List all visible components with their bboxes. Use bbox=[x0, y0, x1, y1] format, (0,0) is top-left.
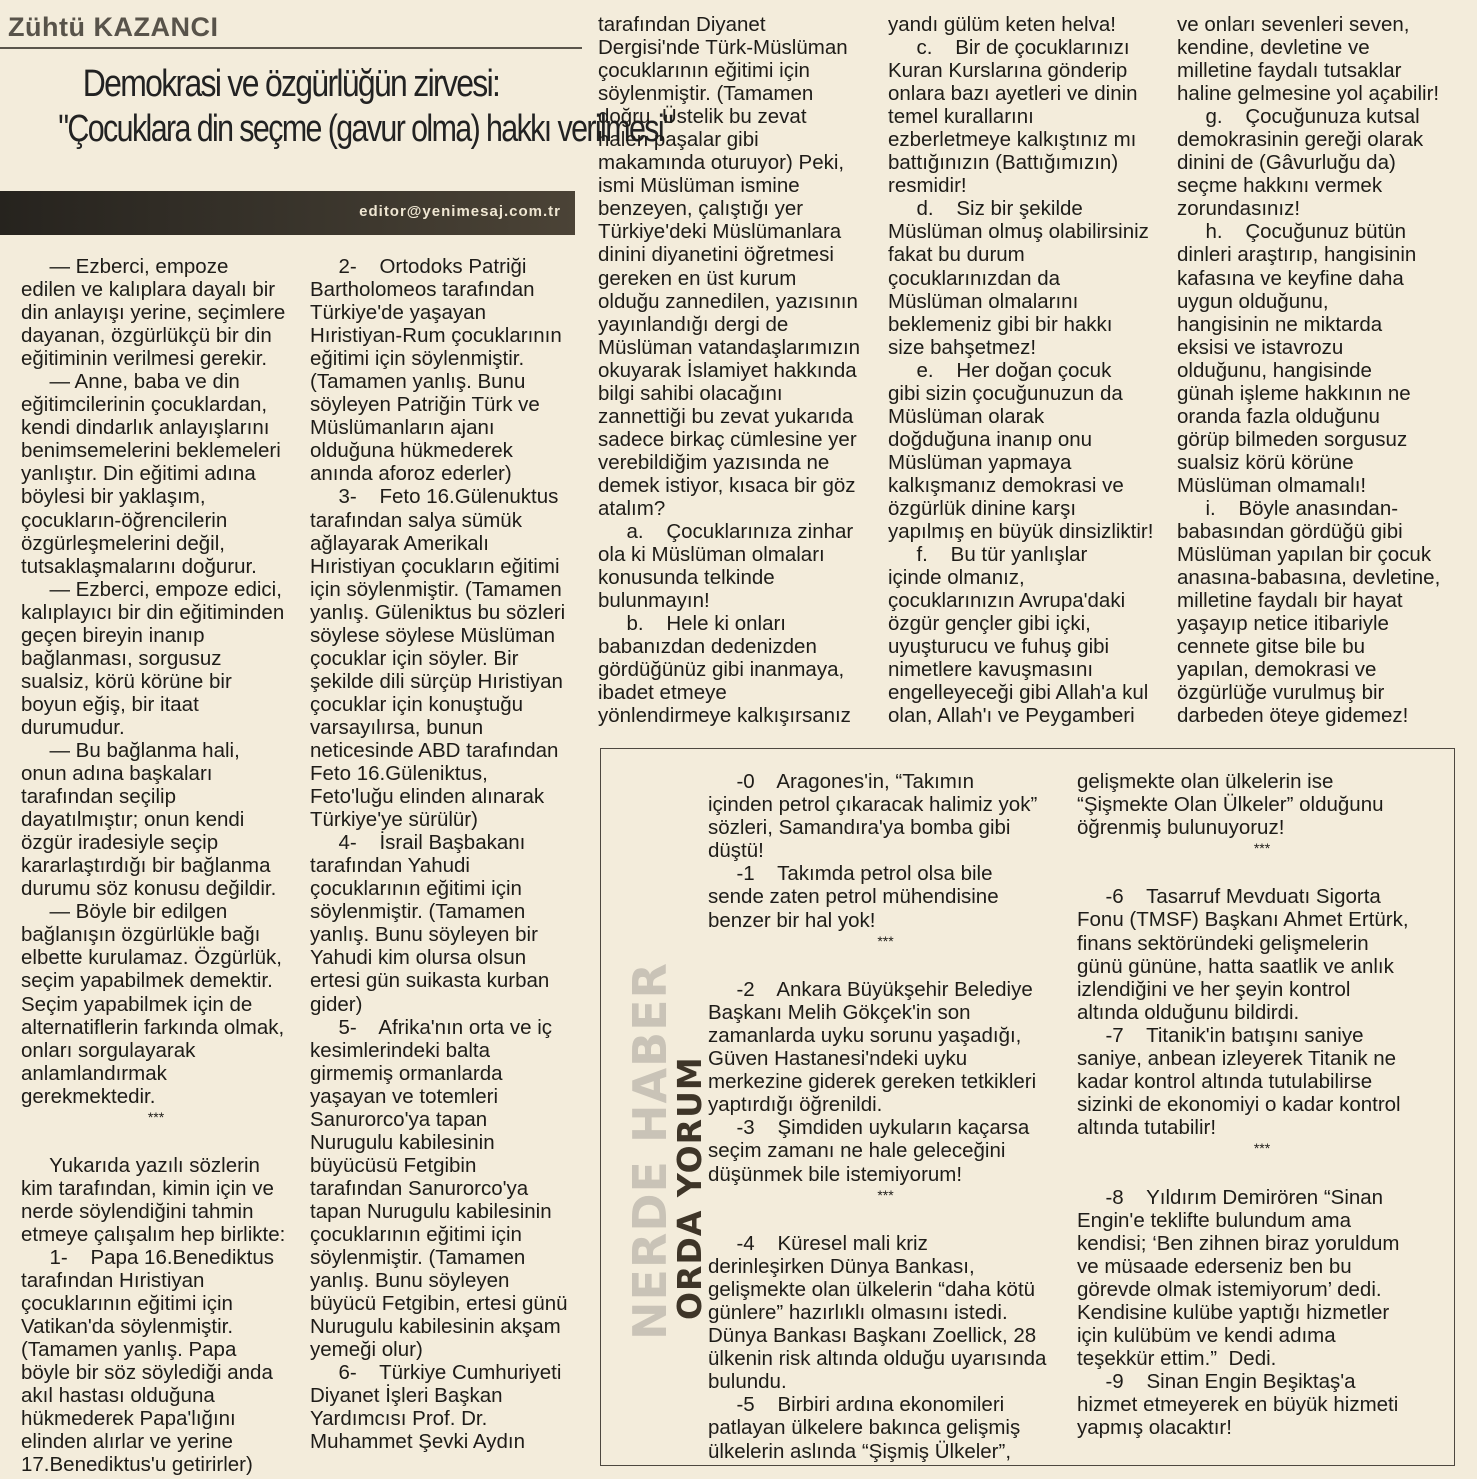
text-line: yaşayan ve totemleri bbox=[310, 1085, 580, 1108]
text-line: düşünmek bile istemiyorum! bbox=[708, 1163, 1063, 1186]
text-line: kalkışmanız demokrasi ve bbox=[888, 474, 1163, 497]
text-line: sualsiz, körü körüne bir bbox=[21, 670, 291, 693]
text-line: Kuran Kurslarına gönderip bbox=[888, 59, 1163, 82]
text-line: gelişmekte olan ülkelerin “daha kötü bbox=[708, 1278, 1063, 1301]
text-line: yemeği olur) bbox=[310, 1338, 580, 1361]
text-line: söylese söylese Müslüman bbox=[310, 624, 580, 647]
text-line: engelleyeceği gibi Allah'a kul bbox=[888, 681, 1163, 704]
text-line: resmidir! bbox=[888, 174, 1163, 197]
text-line: sadece birkaç cümlesine yer bbox=[598, 428, 873, 451]
text-line: benzer bir hal yok! bbox=[708, 909, 1063, 932]
text-line: elinden alırlar ve yerine bbox=[21, 1430, 291, 1453]
text-line: eğitimcilerinin çocuklardan, bbox=[21, 393, 291, 416]
text-line: tarafından seçilip bbox=[21, 785, 291, 808]
text-line: özgürlüğe vurulmuş bir bbox=[1177, 681, 1467, 704]
text-line: dayanan, özgürlükçü bir din bbox=[21, 324, 291, 347]
text-line: -1 Takımda petrol olsa bile bbox=[708, 862, 1063, 885]
text-line: Kendisine kulübe yaptığı hizmetler bbox=[1077, 1301, 1447, 1324]
box-column-1: -0 Aragones'in, “Takımıniçinden petrol ç… bbox=[708, 770, 1063, 1463]
text-line: tarafından Diyanet bbox=[598, 13, 873, 36]
text-line: Feto 16.Güleniktus, bbox=[310, 762, 580, 785]
text-line: izlendiğini ve her şeyin kontrol bbox=[1077, 978, 1447, 1001]
text-line: merkezine giderek gereken tetkikleri bbox=[708, 1070, 1063, 1093]
text-line: gibi sizin çocuğunuzun da bbox=[888, 382, 1163, 405]
label-nerde-haber: NERDE HABER bbox=[623, 962, 677, 1340]
text-line: yaptırdığı öğrenildi. bbox=[708, 1093, 1063, 1116]
text-line: böylesi bir yaklaşım, bbox=[21, 485, 291, 508]
text-line: içinde olmanız, bbox=[888, 566, 1163, 589]
text-line: 2- Ortodoks Patriği bbox=[310, 255, 580, 278]
text-line: yanlış. Bunu söyleyen bbox=[310, 1269, 580, 1292]
text-line: ola ki Müslüman olmaları bbox=[598, 543, 873, 566]
text-line bbox=[21, 1131, 291, 1154]
text-line: Güven Hastanesi'ndeki uyku bbox=[708, 1047, 1063, 1070]
text-line: Yardımcısı Prof. Dr. bbox=[310, 1407, 580, 1430]
text-line: gider) bbox=[310, 993, 580, 1016]
text-line: -2 Ankara Büyükşehir Belediye bbox=[708, 978, 1063, 1001]
text-line: (Tamamen yanlış. Bunu bbox=[310, 370, 580, 393]
text-line: sizinki de ekonomiyi o kadar kontrol bbox=[1077, 1093, 1447, 1116]
text-line: Fonu (TMSF) Başkanı Ahmet Ertürk, bbox=[1077, 908, 1447, 931]
text-line: özgürleşmelerini değil, bbox=[21, 532, 291, 555]
text-line: saniye, anbean izleyerek Titanik ne bbox=[1077, 1047, 1447, 1070]
text-line: -5 Birbiri ardına ekonomileri bbox=[708, 1393, 1063, 1416]
article-column-4: yandı gülüm keten helva! c. Bir de çocuk… bbox=[888, 13, 1163, 727]
text-line: 6- Türkiye Cumhuriyeti bbox=[310, 1361, 580, 1384]
text-line: yapılan, demokrasi ve bbox=[1177, 658, 1467, 681]
text-line: demokrasinin gereği olarak bbox=[1177, 128, 1467, 151]
headline-line-2: "Çocuklara din seçme (gavur olma) hakkı … bbox=[58, 106, 524, 152]
text-line: gereken en üst kurum bbox=[598, 267, 873, 290]
text-line: temel kurallarını bbox=[888, 105, 1163, 128]
text-line: bağlanması, sorgusuz bbox=[21, 647, 291, 670]
text-line: nimetlere kavuşmasını bbox=[888, 658, 1163, 681]
text-line: özgürlük dinine karşı bbox=[888, 497, 1163, 520]
text-line: etmeye çalışalım hep birlikte: bbox=[21, 1223, 291, 1246]
text-line: demek istiyor, kısaca bir göz bbox=[598, 474, 873, 497]
text-line: Nurugulu kabilesinin akşam bbox=[310, 1315, 580, 1338]
text-line: sualsiz körü körüne bbox=[1177, 451, 1467, 474]
text-line: ismi Müslüman ismine bbox=[598, 174, 873, 197]
text-line: e. Her doğan çocuk bbox=[888, 359, 1163, 382]
text-line: — Ezberci, empoze bbox=[21, 255, 291, 278]
text-line: olan, Allah'ı ve Peygamberi bbox=[888, 704, 1163, 727]
text-line: Müslüman yapılan bir çocuk bbox=[1177, 543, 1467, 566]
text-line: Nurugulu kabilesinin bbox=[310, 1131, 580, 1154]
text-line: gerekmektedir. bbox=[21, 1085, 291, 1108]
text-line: -6 Tasarruf Mevduatı Sigorta bbox=[1077, 885, 1447, 908]
text-line: tarafından Hıristiyan bbox=[21, 1269, 291, 1292]
text-line: Türkiye'de yaşayan bbox=[310, 301, 580, 324]
text-line: milletine faydalı bir hayat bbox=[1177, 589, 1467, 612]
text-line: kalıplayıcı bir din eğitiminden bbox=[21, 601, 291, 624]
text-line: yapılmış en büyük dinsizliktir! bbox=[888, 520, 1163, 543]
text-line: ağlayarak Amerikalı bbox=[310, 532, 580, 555]
text-line: tarafından Sanurorco'ya bbox=[310, 1177, 580, 1200]
article-column-2: 2- Ortodoks PatriğiBartholomeos tarafınd… bbox=[310, 255, 580, 1453]
text-line: görüp bilmeden sorgusuz bbox=[1177, 428, 1467, 451]
section-separator: *** bbox=[708, 932, 1063, 955]
text-line: büyücü Fetgibin, ertesi günü bbox=[310, 1292, 580, 1315]
text-line: halen paşalar gibi bbox=[598, 128, 873, 151]
text-line: c. Bir de çocuklarınızı bbox=[888, 36, 1163, 59]
text-line: atalım? bbox=[598, 497, 873, 520]
headline-line-1: Demokrasi ve özgürlüğün zirvesi: bbox=[47, 62, 536, 106]
text-line: makamında oturuyor) Peki, bbox=[598, 151, 873, 174]
text-line: olduğuna hükmederek bbox=[310, 439, 580, 462]
text-line: zorundasınız! bbox=[1177, 197, 1467, 220]
text-line: neticesinde ABD tarafından bbox=[310, 739, 580, 762]
text-line: -0 Aragones'in, “Takımın bbox=[708, 770, 1063, 793]
text-line: bilgi sahibi olacağını bbox=[598, 382, 873, 405]
text-line: elbette kurulamaz. Özgürlük, bbox=[21, 946, 291, 969]
text-line: 3- Feto 16.Gülenuktus bbox=[310, 485, 580, 508]
text-line: akıl hastası olduğuna bbox=[21, 1384, 291, 1407]
text-line: çocuklarınızın Avrupa'daki bbox=[888, 589, 1163, 612]
text-line: patlayan ülkelere bakınca gelişmiş bbox=[708, 1416, 1063, 1439]
text-line: tarafından Yahudi bbox=[310, 854, 580, 877]
text-line: çocuklarının eğitimi için bbox=[310, 1223, 580, 1246]
text-line: d. Siz bir şekilde bbox=[888, 197, 1163, 220]
text-line bbox=[708, 1209, 1063, 1232]
text-line: büyücüsü Fetgibin bbox=[310, 1154, 580, 1177]
text-line: kendi dindarlık anlayışlarını bbox=[21, 416, 291, 439]
text-line: Dünya Bankası Başkanı Zoellick, 28 bbox=[708, 1324, 1063, 1347]
text-line: kendine, devletine ve bbox=[1177, 36, 1467, 59]
text-line: söylenmiştir. (Tamamen bbox=[310, 1246, 580, 1269]
text-line: dayatılmıştır; onun kendi bbox=[21, 808, 291, 831]
newspaper-page: Zühtü KAZANCI Demokrasi ve özgürlüğün zi… bbox=[0, 0, 1477, 1479]
text-line: çocuklar için söyler. Bir bbox=[310, 647, 580, 670]
text-line: g. Çocuğunuza kutsal bbox=[1177, 105, 1467, 128]
text-line: altında tutabilir! bbox=[1077, 1116, 1447, 1139]
text-line: -3 Şimdiden uykuların kaçarsa bbox=[708, 1116, 1063, 1139]
text-line: öğrenmiş bulunuyoruz! bbox=[1077, 816, 1447, 839]
text-line: durumudur. bbox=[21, 716, 291, 739]
box-column-2: gelişmekte olan ülkelerin ise“Şişmekte O… bbox=[1077, 770, 1447, 1440]
text-line: edilen ve kalıplara dayalı bir bbox=[21, 278, 291, 301]
text-line: olduğunu, hangisinde bbox=[1177, 359, 1467, 382]
text-line: Yukarıda yazılı sözlerin bbox=[21, 1154, 291, 1177]
section-separator: *** bbox=[1077, 1139, 1447, 1162]
text-line: uyuşturucu ve fuhuş gibi bbox=[888, 635, 1163, 658]
text-line: -7 Titanik'in batışını saniye bbox=[1077, 1024, 1447, 1047]
text-line: seçim zamanı ne hale geleceğini bbox=[708, 1139, 1063, 1162]
text-line: zannettiği bu zevat yukarıda bbox=[598, 405, 873, 428]
text-line: f. Bu tür yanlışlar bbox=[888, 543, 1163, 566]
text-line: Hıristiyan-Rum çocuklarının bbox=[310, 324, 580, 347]
text-line: -9 Sinan Engin Beşiktaş'a bbox=[1077, 1370, 1447, 1393]
text-line: Hıristiyan çocukların eğitimi bbox=[310, 555, 580, 578]
text-line: Müslüman vatandaşlarımızın bbox=[598, 336, 873, 359]
text-line: anasına-babasına, devletine, bbox=[1177, 566, 1467, 589]
text-line: söyleyen Patriğin Türk ve bbox=[310, 393, 580, 416]
text-line: b. Hele ki onları bbox=[598, 612, 873, 635]
text-line: Müslüman olmuş olabilirsiniz bbox=[888, 220, 1163, 243]
article-column-1: — Ezberci, empozeedilen ve kalıplara day… bbox=[21, 255, 291, 1476]
text-line: i. Böyle anasından- bbox=[1177, 497, 1467, 520]
text-line: bağlanışın özgürlükle bağı bbox=[21, 923, 291, 946]
text-line: Dergisi'nde Türk-Müslüman bbox=[598, 36, 873, 59]
text-line: Müslüman olmamalı! bbox=[1177, 474, 1467, 497]
article-headline: Demokrasi ve özgürlüğün zirvesi: "Çocukl… bbox=[0, 62, 582, 152]
text-line: çocuklarınızdan da bbox=[888, 267, 1163, 290]
text-line: dinini diyanetini öğretmesi bbox=[598, 243, 873, 266]
text-line: yapmış olacaktır! bbox=[1077, 1416, 1447, 1439]
text-line: çocuklarının eğitimi için bbox=[21, 1292, 291, 1315]
text-line: görevde olmak istemiyorum’ dedi. bbox=[1077, 1278, 1447, 1301]
text-line: ve müsaade ederseniz ben bu bbox=[1077, 1255, 1447, 1278]
email-bar: editor@yenimesaj.com.tr bbox=[0, 191, 575, 235]
text-line: finans sektöründeki gelişmelerin bbox=[1077, 932, 1447, 955]
text-line: kesimlerindeki balta bbox=[310, 1039, 580, 1062]
text-line: kendisi; ‘Ben zihnen biraz yoruldum bbox=[1077, 1232, 1447, 1255]
text-line: içinden petrol çıkaracak halimiz yok” bbox=[708, 793, 1063, 816]
text-line: milletine faydalı tutsaklar bbox=[1177, 59, 1467, 82]
text-line: Müslüman yapmaya bbox=[888, 451, 1163, 474]
text-line: boyun eğiş, bir itaat bbox=[21, 693, 291, 716]
text-line: varsayılırsa, bunun bbox=[310, 716, 580, 739]
text-line: dinleri araştırıp, hangisinin bbox=[1177, 243, 1467, 266]
section-separator: *** bbox=[708, 1186, 1063, 1209]
text-line: olduğu zannedilen, yazısının bbox=[598, 290, 873, 313]
text-line: düştü! bbox=[708, 839, 1063, 862]
text-line: çocuklarının eğitimi için bbox=[310, 877, 580, 900]
text-line: onları sorgulayarak bbox=[21, 1039, 291, 1062]
text-line: söylenmiştir. (Tamamen bbox=[598, 82, 873, 105]
text-line: durumu söz konusu değildir. bbox=[21, 877, 291, 900]
text-line: teşekkür ettim.” Dedi. bbox=[1077, 1347, 1447, 1370]
text-line bbox=[708, 955, 1063, 978]
section-separator: *** bbox=[21, 1108, 291, 1131]
text-line: -8 Yıldırım Demirören “Sinan bbox=[1077, 1186, 1447, 1209]
text-line: Sanurorco'ya tapan bbox=[310, 1108, 580, 1131]
text-line: verebildiğim yazısında ne bbox=[598, 451, 873, 474]
text-line: anında aforoz ederler) bbox=[310, 462, 580, 485]
text-line: alternatiflerin farkında olmak, bbox=[21, 1016, 291, 1039]
text-line: 5- Afrika'nın orta ve iç bbox=[310, 1016, 580, 1039]
text-line: ülkelerin aslında “Şişmiş Ülkeler”, bbox=[708, 1440, 1063, 1463]
text-line: Müslüman olmalarını bbox=[888, 290, 1163, 313]
text-line: onun adına başkaları bbox=[21, 762, 291, 785]
text-line: onlara bazı ayetleri ve dinin bbox=[888, 82, 1163, 105]
text-line: uygun olduğunu, bbox=[1177, 290, 1467, 313]
text-line: eğitimi için söylenmiştir. bbox=[310, 347, 580, 370]
text-line: şekilde dili sürçüp Hıristiyan bbox=[310, 670, 580, 693]
text-line: Bartholomeos tarafından bbox=[310, 278, 580, 301]
text-line: derinleşirken Dünya Bankası, bbox=[708, 1255, 1063, 1278]
text-line: seçim yapabilmek demektir. bbox=[21, 969, 291, 992]
text-line: seçme hakkını vermek bbox=[1177, 174, 1467, 197]
text-line: din anlayışı yerine, seçimlere bbox=[21, 301, 291, 324]
text-line: bulundu. bbox=[708, 1370, 1063, 1393]
text-line: ertesi gün suikasta kurban bbox=[310, 969, 580, 992]
text-line: çocukların-öğrencilerin bbox=[21, 509, 291, 532]
text-line: nerde söylendiğini tahmin bbox=[21, 1200, 291, 1223]
text-line: girmemiş ormanlarda bbox=[310, 1062, 580, 1085]
text-line: ve onları sevenleri seven, bbox=[1177, 13, 1467, 36]
text-line: 1- Papa 16.Benediktus bbox=[21, 1246, 291, 1269]
text-line: Müslüman olarak bbox=[888, 405, 1163, 428]
text-line: a. Çocuklarınıza zinhar bbox=[598, 520, 873, 543]
text-line: “Şişmekte Olan Ülkeler” olduğunu bbox=[1077, 793, 1447, 816]
text-line: babasından gördüğü gibi bbox=[1177, 520, 1467, 543]
text-line: — Böyle bir edilgen bbox=[21, 900, 291, 923]
text-line: günü gününe, hatta saatlik ve anlık bbox=[1077, 955, 1447, 978]
text-line: okuyarak İslamiyet hakkında bbox=[598, 359, 873, 382]
text-line bbox=[1077, 1162, 1447, 1185]
text-line: gelişmekte olan ülkelerin ise bbox=[1077, 770, 1447, 793]
article-column-5: ve onları sevenleri seven,kendine, devle… bbox=[1177, 13, 1467, 727]
text-line: oranda fazla olduğunu bbox=[1177, 405, 1467, 428]
text-line: tutsaklaşmalarını doğurur. bbox=[21, 555, 291, 578]
text-line: Muhammet Şevki Aydın bbox=[310, 1430, 580, 1453]
text-line: 17.Benediktus'u getirirler) bbox=[21, 1453, 291, 1476]
text-line: Diyanet İşleri Başkan bbox=[310, 1384, 580, 1407]
editor-email[interactable]: editor@yenimesaj.com.tr bbox=[359, 203, 561, 220]
text-line: konusunda telkinde bbox=[598, 566, 873, 589]
text-line: — Ezberci, empoze edici, bbox=[21, 578, 291, 601]
text-line: söylenmiştir. (Tamamen bbox=[310, 900, 580, 923]
text-line: ülkenin risk altında olduğu uyarısında bbox=[708, 1347, 1063, 1370]
text-line: fakat bu durum bbox=[888, 243, 1163, 266]
text-line: h. Çocuğunuz bütün bbox=[1177, 220, 1467, 243]
text-line: günah işleme hakkının ne bbox=[1177, 382, 1467, 405]
text-line: sende zaten petrol mühendisine bbox=[708, 885, 1063, 908]
text-line: ezberletmeye kalkıştınız mı bbox=[888, 128, 1163, 151]
text-line: günlere” hazırlıklı olmasını istedi. bbox=[708, 1301, 1063, 1324]
text-line: tapan Nurugulu kabilesinin bbox=[310, 1200, 580, 1223]
text-line: kafasına ve keyfine daha bbox=[1177, 267, 1467, 290]
text-line: — Anne, baba ve din bbox=[21, 370, 291, 393]
text-line: Türkiye'deki Müslümanlara bbox=[598, 220, 873, 243]
text-line: özgür gençler gibi içki, bbox=[888, 612, 1163, 635]
text-line: kadar kontrol altında tutulabilirse bbox=[1077, 1070, 1447, 1093]
text-line: kararlaştırdığı bir bağlanma bbox=[21, 854, 291, 877]
text-line: özgür iradesiyle seçip bbox=[21, 831, 291, 854]
text-line: Engin'e teklifte bulundum ama bbox=[1077, 1209, 1447, 1232]
text-line: battığınızın (Battığımızın) bbox=[888, 151, 1163, 174]
author-name: Zühtü KAZANCI bbox=[8, 12, 218, 43]
text-line: babanızdan dedenizden bbox=[598, 635, 873, 658]
author-divider bbox=[0, 47, 582, 49]
article-column-3: tarafından DiyanetDergisi'nde Türk-Müslü… bbox=[598, 13, 873, 727]
text-line: Türkiye'ye sürülür) bbox=[310, 808, 580, 831]
text-line: yanlıştır. Din eğitimi adına bbox=[21, 462, 291, 485]
text-line: yayınlandığı dergi de bbox=[598, 313, 873, 336]
text-line: eğitiminin verilmesi gerekir. bbox=[21, 347, 291, 370]
text-line: haline gelmesine yol açabilir! bbox=[1177, 82, 1467, 105]
text-line: size bahşetmez! bbox=[888, 336, 1163, 359]
text-line: hizmet etmeyerek en büyük hizmeti bbox=[1077, 1393, 1447, 1416]
text-line: gördüğünüz gibi inanmaya, bbox=[598, 658, 873, 681]
text-line: Feto'luğu elinden alınarak bbox=[310, 785, 580, 808]
text-line: çocuklar için konuştuğu bbox=[310, 693, 580, 716]
text-line: kim tarafından, kimin için ve bbox=[21, 1177, 291, 1200]
text-line: zamanlarda uyku sorunu yaşadığı, bbox=[708, 1024, 1063, 1047]
text-line: Müslümanların ajanı bbox=[310, 416, 580, 439]
text-line: anlamlandırmak bbox=[21, 1062, 291, 1085]
text-line: yandı gülüm keten helva! bbox=[888, 13, 1163, 36]
text-line: ibadet etmeye bbox=[598, 681, 873, 704]
text-line: darbeden öteye gidemez! bbox=[1177, 704, 1467, 727]
text-line: Yahudi kim olursa olsun bbox=[310, 946, 580, 969]
text-line: sözleri, Samandıra'ya bomba gibi bbox=[708, 816, 1063, 839]
text-line: — Bu bağlanma hali, bbox=[21, 739, 291, 762]
text-line: için kulübüm ve kendi adıma bbox=[1077, 1324, 1447, 1347]
text-line: yaşayıp netice itibariyle bbox=[1177, 612, 1467, 635]
text-line: böyle bir söz söylediği anda bbox=[21, 1361, 291, 1384]
text-line: -4 Küresel mali kriz bbox=[708, 1232, 1063, 1255]
text-line: yanlış. Bunu söyleyen bir bbox=[310, 923, 580, 946]
text-line bbox=[1077, 862, 1447, 885]
text-line: altında olduğunu bildirdi. bbox=[1077, 1001, 1447, 1024]
text-line: benimsemelerini beklemeleri bbox=[21, 439, 291, 462]
text-line: cennete gitse bile bu bbox=[1177, 635, 1467, 658]
text-line: doğduğuna inanıp onu bbox=[888, 428, 1163, 451]
text-line: beklemeniz gibi bir hakkı bbox=[888, 313, 1163, 336]
text-line: (Tamamen yanlış. Papa bbox=[21, 1338, 291, 1361]
text-line: Başkanı Melih Gökçek'in son bbox=[708, 1001, 1063, 1024]
text-line: Seçim yapabilmek için de bbox=[21, 993, 291, 1016]
text-line: tarafından salya sümük bbox=[310, 509, 580, 532]
text-line: yönlendirmeye kalkışırsanız bbox=[598, 704, 873, 727]
text-line: çocuklarının eğitimi için bbox=[598, 59, 873, 82]
text-line: hükmederek Papa'lığını bbox=[21, 1407, 291, 1430]
text-line: eksisi ve istavrozu bbox=[1177, 336, 1467, 359]
section-separator: *** bbox=[1077, 839, 1447, 862]
label-orda-yorum: ORDA YORUM bbox=[670, 1056, 709, 1320]
text-line: hangisinin ne miktarda bbox=[1177, 313, 1467, 336]
text-line: geçen bireyin inanıp bbox=[21, 624, 291, 647]
text-line: bulunmayın! bbox=[598, 589, 873, 612]
text-line: dinini de (Gâvurluğu da) bbox=[1177, 151, 1467, 174]
text-line: için söylenmiştir. (Tamamen bbox=[310, 578, 580, 601]
text-line: benzeyen, çalıştığı yer bbox=[598, 197, 873, 220]
text-line: yanlış. Güleniktus bu sözleri bbox=[310, 601, 580, 624]
text-line: doğru. Üstelik bu zevat bbox=[598, 105, 873, 128]
text-line: Vatikan'da söylenmiştir. bbox=[21, 1315, 291, 1338]
text-line: 4- İsrail Başbakanı bbox=[310, 831, 580, 854]
